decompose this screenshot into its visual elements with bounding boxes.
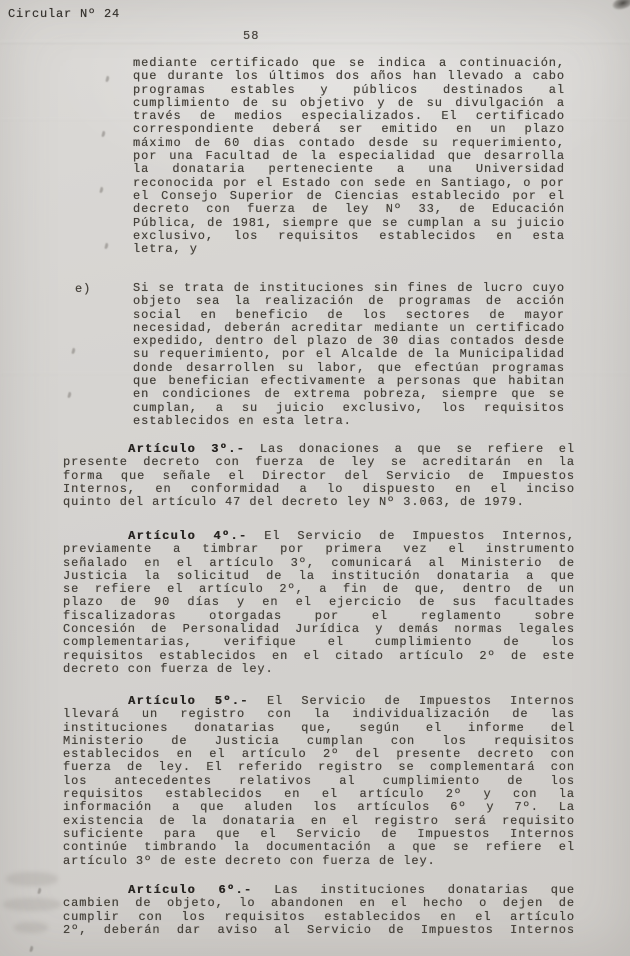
article-heading: Artículo 5º.- xyxy=(128,694,249,708)
paragraph-articulo-3: Artículo 3º.- Las donaciones a que se re… xyxy=(63,443,575,509)
typewriter-tick-mark xyxy=(101,131,105,138)
text-line: establecidos en esta letra. xyxy=(133,415,565,428)
text-line: través de medios especializados. El cert… xyxy=(133,110,565,123)
page-number: 58 xyxy=(243,29,259,43)
typewriter-tick-mark xyxy=(67,392,71,399)
text-line: objeto sea la realización de programas d… xyxy=(133,295,565,308)
paragraph-articulo-5: Artículo 5º.- El Servicio de Impuestos I… xyxy=(63,695,575,868)
ink-smudge-corner xyxy=(611,0,630,12)
circular-header: Circular Nº 24 xyxy=(8,7,120,21)
paper-crease xyxy=(0,41,630,44)
text-line: existencia de la donataria en el registr… xyxy=(63,815,575,828)
text-line: 2º, deberán dar aviso al Servicio de Imp… xyxy=(63,924,575,937)
typewriter-tick-mark xyxy=(104,243,108,250)
text-line: Justicia la solicitud de la institución … xyxy=(63,570,575,583)
text-line: Ministerio de Justicia cumplan con los r… xyxy=(63,735,575,748)
text-line: instituciones donatarias que, según el i… xyxy=(63,722,575,735)
text-line: que benefician efectivamente a personas … xyxy=(133,375,565,388)
text-line: reconocida por el Estado con sede en San… xyxy=(133,177,565,190)
text-line: Artículo 5º.- El Servicio de Impuestos I… xyxy=(63,695,575,708)
letter-e-marker: e) xyxy=(75,282,91,296)
text-line: donde desarrollen su labor, que efectúan… xyxy=(133,362,565,375)
text-line: decreto con fuerza de ley. xyxy=(63,663,575,676)
text-line: Artículo 3º.- Las donaciones a que se re… xyxy=(63,443,575,456)
typewriter-tick-mark xyxy=(99,187,103,194)
pencil-smudge xyxy=(6,872,58,886)
pencil-smudge xyxy=(3,898,61,911)
paragraph-articulo-4: Artículo 4º.- El Servicio de Impuestos I… xyxy=(63,530,575,676)
text-line: requisitos establecidos en el citado art… xyxy=(63,650,575,663)
text-line: mediante certificado que se indica a con… xyxy=(133,57,565,70)
article-heading: Artículo 4º.- xyxy=(128,529,247,543)
text-line: continúe timbrando la documentación a qu… xyxy=(63,841,575,854)
text-line: necesidad, deberán acreditar mediante un… xyxy=(133,322,565,335)
text-line: máximo de 60 dias contado desde su reque… xyxy=(133,137,565,150)
text-line: Pública, de 1981, siempre que se cumplan… xyxy=(133,217,565,230)
text-line: cumplimiento de su objetivo y de su divu… xyxy=(133,97,565,110)
text-line: expedido, dentro del plazo de 30 dias co… xyxy=(133,335,565,348)
text-line: fuerza de ley. El referido registro se c… xyxy=(63,761,575,774)
article-heading: Artículo 6º.- xyxy=(128,883,252,897)
text-line: establecidos en el artículo 2º del prese… xyxy=(63,748,575,761)
text-line: suficiente para que el Servicio de Impue… xyxy=(63,828,575,841)
text-line: requisitos establecidos en el artículo 2… xyxy=(63,788,575,801)
typewriter-tick-mark xyxy=(105,76,109,83)
paragraph-articulo-6: Artículo 6º.- Las instituciones donatari… xyxy=(63,884,575,937)
text-line: plazo de 90 días y en el ejercicio de su… xyxy=(63,596,575,609)
typewriter-tick-mark xyxy=(37,888,41,895)
document-page: Circular Nº 24 58 mediante certificado q… xyxy=(0,0,630,956)
text-line: correspondiente deberá ser emitido en un… xyxy=(133,123,565,136)
text-line: forma que señale el Director del Servici… xyxy=(63,470,575,483)
pencil-smudge xyxy=(14,922,48,933)
paragraph-letter-d-continuation: mediante certificado que se indica a con… xyxy=(133,57,565,256)
typewriter-tick-mark xyxy=(29,946,33,953)
text-line: quinto del artículo 47 del decreto ley N… xyxy=(63,496,575,509)
text-line: programas estables y públicos destinados… xyxy=(133,84,565,97)
text-line: por una Facultad de la especialidad que … xyxy=(133,150,565,163)
article-heading: Artículo 3º.- xyxy=(128,442,245,456)
text-line: Internos, en conformidad a lo dispuesto … xyxy=(63,483,575,496)
text-line: complementarias, verifique el cumplimien… xyxy=(63,636,575,649)
text-line: que durante los últimos dos años han lle… xyxy=(133,70,565,83)
text-line: previamente a timbrar por primera vez el… xyxy=(63,543,575,556)
text-line: su requerimiento, por el Alcalde de la M… xyxy=(133,348,565,361)
text-line: Artículo 6º.- Las instituciones donatari… xyxy=(63,884,575,897)
text-line: exclusivo, los requisitos establecidos e… xyxy=(133,230,565,243)
text-line: letra, y xyxy=(133,243,565,256)
text-line: presente decreto con fuerza de ley se ac… xyxy=(63,456,575,469)
typewriter-tick-mark xyxy=(71,348,75,355)
text-line: información a que aluden los artículos 6… xyxy=(63,801,575,814)
text-line: los antecedentes relativos al cumplimien… xyxy=(63,775,575,788)
text-line: en condiciones de extrema pobreza, siemp… xyxy=(133,388,565,401)
text-line: señalado en el artículo 3º, comunicará a… xyxy=(63,557,575,570)
text-line: cumplan, a su juicio exclusivo, los requ… xyxy=(133,402,565,415)
text-line: social en beneficio de los sectores de m… xyxy=(133,309,565,322)
text-line: el Consejo Superior de Ciencias establec… xyxy=(133,190,565,203)
text-line: la donataria perteneciente a una Univers… xyxy=(133,163,565,176)
text-line: cumplir con los requisitos establecidos … xyxy=(63,911,575,924)
text-line: Si se trata de instituciones sin fines d… xyxy=(133,282,565,295)
text-line: fiscalizadoras otorgadas por el reglamen… xyxy=(63,610,575,623)
text-line: cambien de objeto, lo abandonen en el he… xyxy=(63,897,575,910)
text-line: llevará un registro con la individualiza… xyxy=(63,708,575,721)
text-line: Concesión de Personalidad Jurídica y dem… xyxy=(63,623,575,636)
text-line: artículo 3º de este decreto con fuerza d… xyxy=(63,855,575,868)
text-line: decreto con fuerza de ley Nº 33, de Educ… xyxy=(133,203,565,216)
text-line: se refiere el artículo 2º, a fin de que,… xyxy=(63,583,575,596)
text-line: Artículo 4º.- El Servicio de Impuestos I… xyxy=(63,530,575,543)
paragraph-letter-e: Si se trata de instituciones sin fines d… xyxy=(133,282,565,428)
